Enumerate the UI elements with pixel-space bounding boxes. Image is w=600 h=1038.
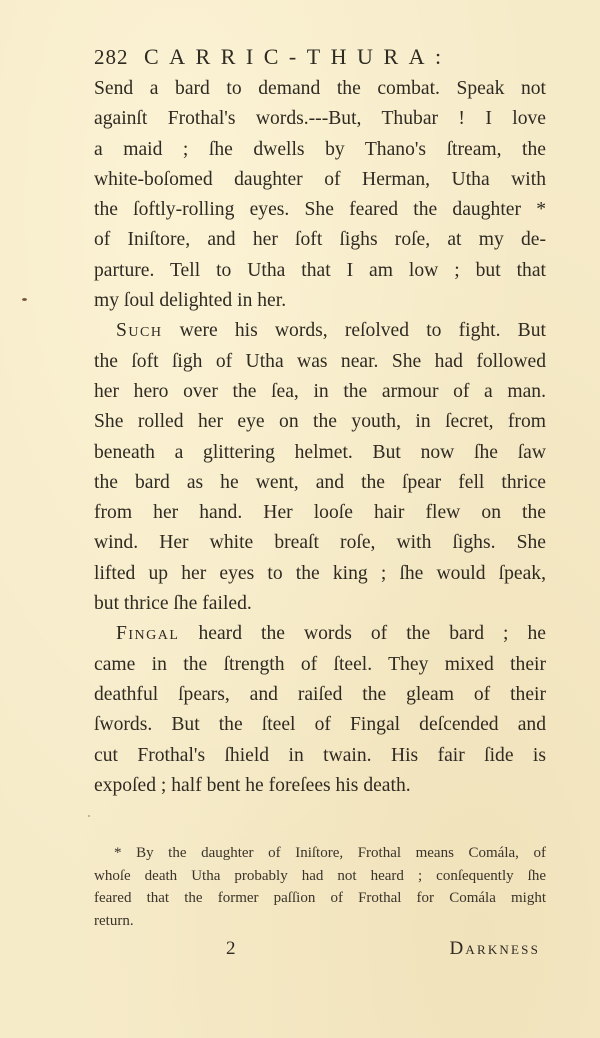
footnote: * By the daughter of Iniſtore, Frothal m…	[94, 842, 546, 932]
book-page: 282 CARRIC-THURA: Send a bard to demand …	[94, 40, 546, 801]
paragraph: Fingal heard the words of the bard ; he …	[94, 619, 546, 801]
text-line: Such were his words, reſolved to fight. …	[94, 316, 546, 346]
text-line: parture. Tell to Utha that I am low ; bu…	[94, 256, 546, 286]
running-title: CARRIC-THURA:	[144, 40, 452, 74]
catchword: Darkness	[449, 938, 540, 960]
text-line: my ſoul delighted in her.	[94, 286, 546, 316]
text-run: heard the words of the bard ; he	[179, 623, 546, 644]
signature-mark: 2	[226, 938, 236, 960]
text-line: againſt Frothal's words.---But, Thubar !…	[94, 104, 546, 134]
footnote-line: feared that the former paſſion of Frotha…	[94, 887, 546, 910]
text-line: She rolled her eye on the youth, in ſecr…	[94, 407, 546, 437]
footnote-line: whoſe death Utha probably had not heard …	[94, 865, 546, 888]
text-line: but thrice ſhe failed.	[94, 589, 546, 619]
text-line: the ſoftly-rolling eyes. She feared the …	[94, 195, 546, 225]
text-line: Fingal heard the words of the bard ; he	[94, 619, 546, 649]
text-run: were his words, reſolved to fight. But	[162, 320, 546, 341]
text-line: deathful ſpears, and raiſed the gleam of…	[94, 680, 546, 710]
text-line: lifted up her eyes to the king ; ſhe wou…	[94, 559, 546, 589]
page-footer: 2 Darkness	[94, 938, 546, 968]
paper-speck	[88, 815, 90, 817]
text-line: Send a bard to demand the combat. Speak …	[94, 74, 546, 104]
text-line: a maid ; ſhe dwells by Thano's ſtream, t…	[94, 135, 546, 165]
paragraph-lead-word: Fingal	[116, 623, 179, 644]
text-line: came in the ſtrength of ſteel. They mixe…	[94, 650, 546, 680]
text-line: expoſed ; half bent he foreſees his deat…	[94, 771, 546, 801]
text-line: ſwords. But the ſteel of Fingal deſcende…	[94, 710, 546, 740]
paragraph: Send a bard to demand the combat. Speak …	[94, 74, 546, 316]
text-line: the bard as he went, and the ſpear fell …	[94, 468, 546, 498]
text-line: of Iniſtore, and her ſoft ſighs roſe, at…	[94, 225, 546, 255]
text-line: white-boſomed daughter of Herman, Utha w…	[94, 165, 546, 195]
text-line: the ſoft ſigh of Utha was near. She had …	[94, 347, 546, 377]
text-line: wind. Her white breaſt roſe, with ſighs.…	[94, 528, 546, 558]
paper-speck	[22, 298, 27, 301]
footnote-line: * By the daughter of Iniſtore, Frothal m…	[94, 842, 546, 865]
text-line: her hero over the ſea, in the armour of …	[94, 377, 546, 407]
text-line: beneath a glittering helmet. But now ſhe…	[94, 438, 546, 468]
text-line: from her hand. Her looſe hair flew on th…	[94, 498, 546, 528]
paragraph: Such were his words, reſolved to fight. …	[94, 316, 546, 619]
running-head: 282 CARRIC-THURA:	[94, 40, 546, 74]
body-text: Send a bard to demand the combat. Speak …	[94, 74, 546, 801]
page-number: 282	[94, 40, 144, 74]
paragraph-lead-word: Such	[116, 320, 162, 341]
footnote-line: return.	[94, 910, 546, 933]
text-line: cut Frothal's ſhield in twain. His fair …	[94, 741, 546, 771]
